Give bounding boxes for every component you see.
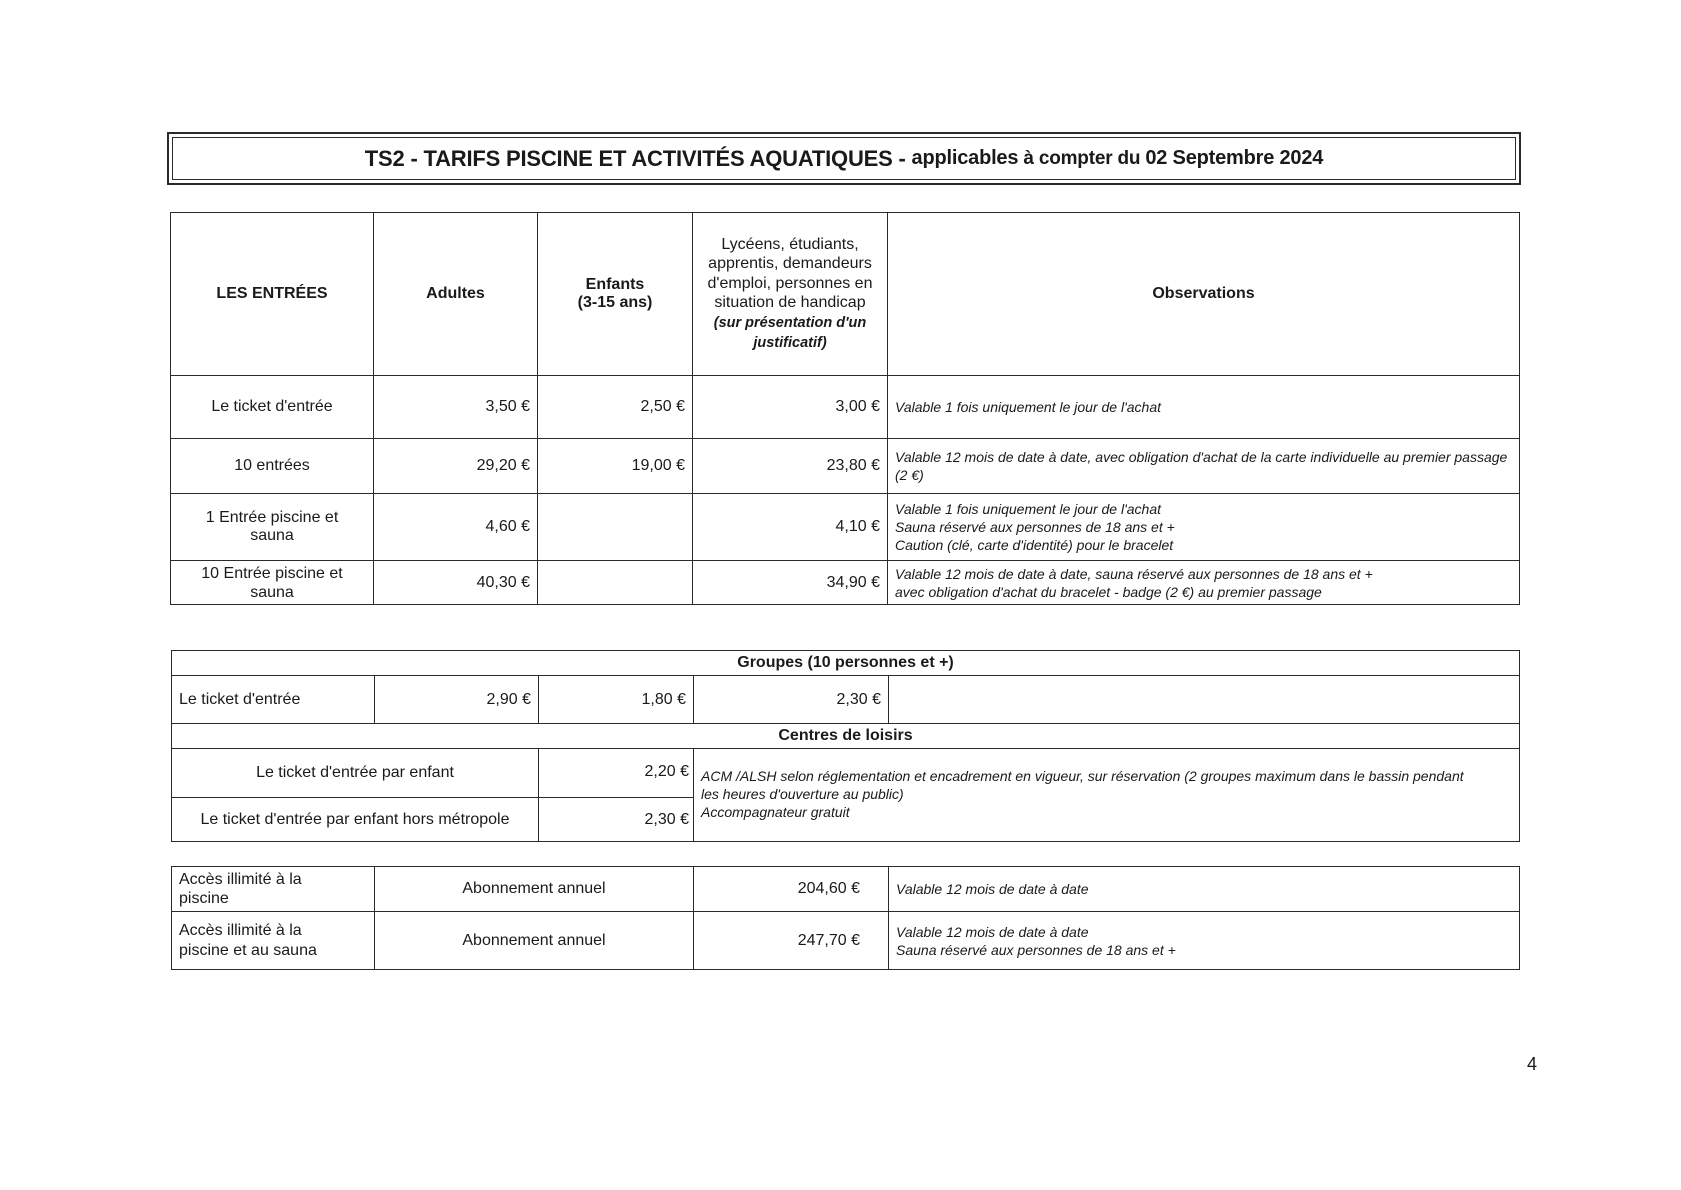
price-reduced: 23,80 € bbox=[693, 439, 888, 494]
observation-line: Valable 1 fois uniquement le jour de l'a… bbox=[895, 500, 1512, 518]
title-sep: - bbox=[893, 146, 912, 172]
subscriptions-table: Accès illimité à la piscine Abonnement a… bbox=[171, 866, 1520, 970]
price-children bbox=[538, 494, 693, 561]
header-children: Enfants (3-15 ans) bbox=[538, 213, 693, 376]
title-date: 02 Septembre 2024 bbox=[1145, 147, 1323, 170]
table-row: Accès illimité à la piscine Abonnement a… bbox=[172, 867, 1520, 912]
groups-header-row: Groupes (10 personnes et +) bbox=[172, 651, 1520, 676]
price-adults: 2,90 € bbox=[375, 676, 539, 724]
price-adults: 3,50 € bbox=[374, 376, 538, 439]
header-children-line1: Enfants bbox=[545, 276, 685, 294]
header-entries: LES ENTRÉES bbox=[171, 213, 374, 376]
groups-table: Groupes (10 personnes et +) Le ticket d'… bbox=[171, 650, 1520, 842]
header-reduced: Lycéens, étudiants, apprentis, demandeur… bbox=[693, 213, 888, 376]
row-label: 1 Entrée piscine et sauna bbox=[171, 494, 374, 561]
price-reduced: 2,30 € bbox=[694, 676, 889, 724]
header-reduced-text: Lycéens, étudiants, apprentis, demandeur… bbox=[708, 236, 873, 312]
table-row: Le ticket d'entrée 2,90 € 1,80 € 2,30 € bbox=[172, 676, 1520, 724]
observation: Valable 12 mois de date à date, avec obl… bbox=[888, 439, 1520, 494]
observation-line: Valable 12 mois de date à date, avec obl… bbox=[895, 448, 1512, 484]
title-applicables: applicables bbox=[912, 147, 1019, 170]
row-label: Accès illimité à la piscine et au sauna bbox=[172, 912, 375, 970]
table-row: Le ticket d'entrée par enfant 2,20 € ACM… bbox=[172, 749, 1520, 798]
leisure-observation: ACM /ALSH selon réglementation et encadr… bbox=[694, 749, 1520, 842]
price-children: 2,50 € bbox=[538, 376, 693, 439]
observation-line: Valable 12 mois de date à date bbox=[896, 880, 1512, 898]
document-title-frame: TS2 - TARIFS PISCINE ET ACTIVITÉS AQUATI… bbox=[167, 132, 1521, 185]
title-main: TS2 - TARIFS PISCINE ET ACTIVITÉS AQUATI… bbox=[365, 146, 893, 172]
row-label: 10 Entrée piscine et sauna bbox=[171, 561, 374, 605]
observation: Valable 1 fois uniquement le jour de l'a… bbox=[888, 376, 1520, 439]
table-row: Accès illimité à la piscine et au sauna … bbox=[172, 912, 1520, 970]
leisure-header-row: Centres de loisirs bbox=[172, 724, 1520, 749]
table-row: Le ticket d'entrée 3,50 € 2,50 € 3,00 € … bbox=[171, 376, 1520, 439]
header-observations: Observations bbox=[888, 213, 1520, 376]
price: 204,60 € bbox=[694, 867, 889, 912]
price-adults: 40,30 € bbox=[374, 561, 538, 605]
leisure-header: Centres de loisirs bbox=[172, 724, 1520, 749]
entries-table: LES ENTRÉES Adultes Enfants (3-15 ans) L… bbox=[170, 212, 1520, 605]
observation-line: Accompagnateur gratuit bbox=[701, 803, 1479, 821]
price: 247,70 € bbox=[694, 912, 889, 970]
price-reduced: 34,90 € bbox=[693, 561, 888, 605]
subscription-type: Abonnement annuel bbox=[375, 867, 694, 912]
row-label: Le ticket d'entrée par enfant bbox=[172, 749, 539, 798]
observation-line: Sauna réservé aux personnes de 18 ans et… bbox=[895, 518, 1512, 536]
observation-line: Valable 12 mois de date à date, sauna ré… bbox=[895, 565, 1512, 583]
header-children-line2: (3-15 ans) bbox=[545, 294, 685, 312]
observation: Valable 12 mois de date à date, sauna ré… bbox=[888, 561, 1520, 605]
price-children: 1,80 € bbox=[539, 676, 694, 724]
table-row: 10 entrées 29,20 € 19,00 € 23,80 € Valab… bbox=[171, 439, 1520, 494]
price-adults: 4,60 € bbox=[374, 494, 538, 561]
price: 2,20 € bbox=[539, 749, 694, 798]
page-number: 4 bbox=[1527, 1054, 1537, 1075]
price-reduced: 3,00 € bbox=[693, 376, 888, 439]
table-row: 1 Entrée piscine et sauna 4,60 € 4,10 € … bbox=[171, 494, 1520, 561]
observation-line: ACM /ALSH selon réglementation et encadr… bbox=[701, 767, 1479, 803]
price-adults: 29,20 € bbox=[374, 439, 538, 494]
observation: Valable 1 fois uniquement le jour de l'a… bbox=[888, 494, 1520, 561]
observation: Valable 12 mois de date à date bbox=[889, 867, 1520, 912]
row-label: Le ticket d'entrée bbox=[171, 376, 374, 439]
row-label: 10 entrées bbox=[171, 439, 374, 494]
table-row: 10 Entrée piscine et sauna 40,30 € 34,90… bbox=[171, 561, 1520, 605]
observation-line: Sauna réservé aux personnes de 18 ans et… bbox=[896, 941, 1512, 959]
observation-empty bbox=[889, 676, 1520, 724]
price: 2,30 € bbox=[539, 798, 694, 842]
observation-line: Caution (clé, carte d'identité) pour le … bbox=[895, 536, 1512, 554]
price-children bbox=[538, 561, 693, 605]
row-label: Le ticket d'entrée par enfant hors métro… bbox=[172, 798, 539, 842]
subscription-type: Abonnement annuel bbox=[375, 912, 694, 970]
observation-line: avec obligation d'achat du bracelet - ba… bbox=[895, 583, 1512, 601]
entries-header-row: LES ENTRÉES Adultes Enfants (3-15 ans) L… bbox=[171, 213, 1520, 376]
observation-line: Valable 1 fois uniquement le jour de l'a… bbox=[895, 398, 1512, 416]
observation: Valable 12 mois de date à date Sauna rés… bbox=[889, 912, 1520, 970]
row-label: Le ticket d'entrée bbox=[172, 676, 375, 724]
groups-header: Groupes (10 personnes et +) bbox=[172, 651, 1520, 676]
price-children: 19,00 € bbox=[538, 439, 693, 494]
header-reduced-note: (sur présentation d'un justificatif) bbox=[714, 315, 866, 352]
price-reduced: 4,10 € bbox=[693, 494, 888, 561]
document-title: TS2 - TARIFS PISCINE ET ACTIVITÉS AQUATI… bbox=[172, 137, 1516, 180]
row-label: Accès illimité à la piscine bbox=[172, 867, 375, 912]
observation-line: Valable 12 mois de date à date bbox=[896, 923, 1512, 941]
header-adults: Adultes bbox=[374, 213, 538, 376]
title-from: à compter du bbox=[1018, 148, 1145, 170]
